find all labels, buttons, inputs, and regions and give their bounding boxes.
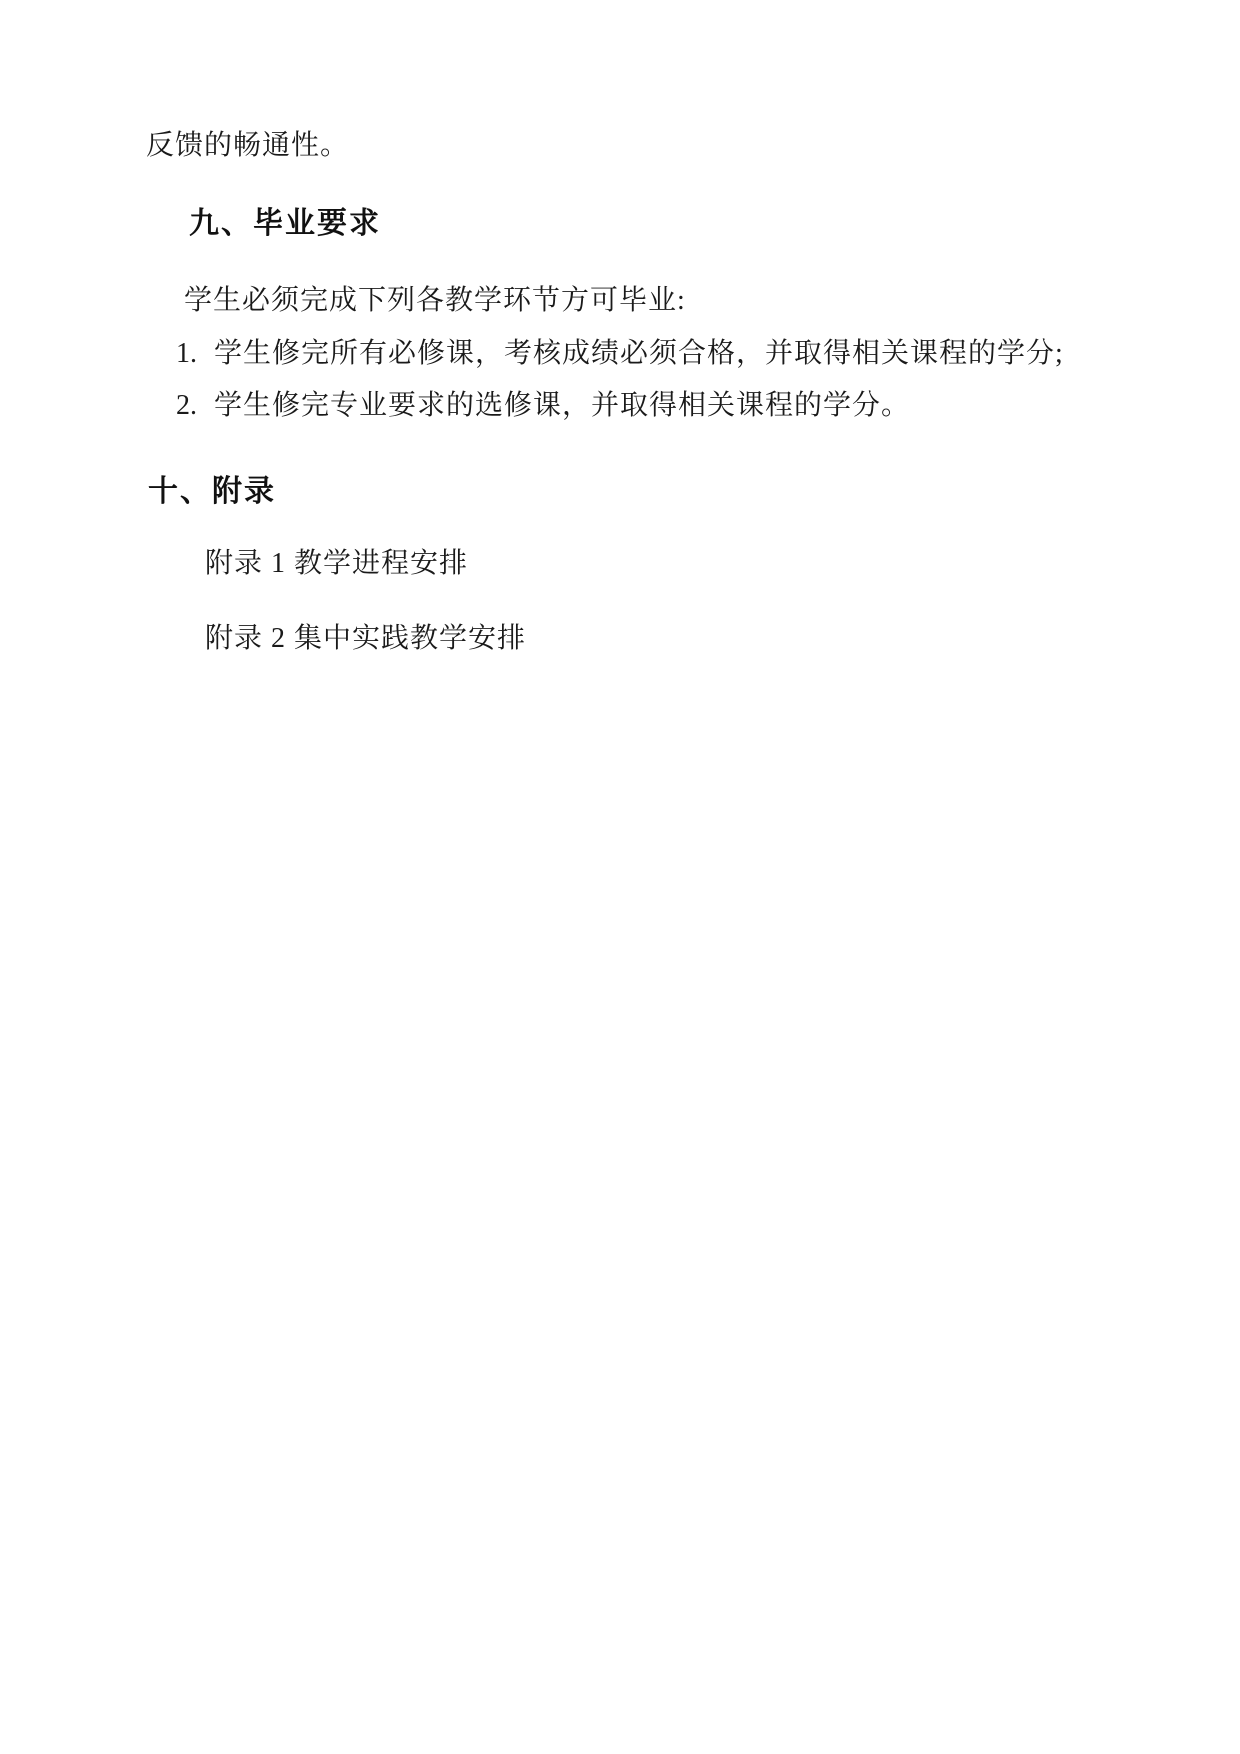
list-item: 1.学生修完所有必修课，考核成绩必须合格，并取得相关课程的学分; xyxy=(176,336,1064,371)
document-page: 反馈的畅通性。 九、毕业要求 学生必须完成下列各教学环节方可毕业: 1.学生修完… xyxy=(0,0,1240,1754)
appendix-title: 教学进程安排 xyxy=(294,548,468,579)
appendix-entry: 附录 1 教学进程安排 xyxy=(205,546,468,581)
section-heading-appendix: 十、附录 xyxy=(148,466,276,510)
list-item-text: 学生修完所有必修课，考核成绩必须合格，并取得相关课程的学分; xyxy=(214,338,1064,369)
graduation-requirements-intro: 学生必须完成下列各教学环节方可毕业: xyxy=(184,283,686,318)
list-item: 2.学生修完专业要求的选修课，并取得相关课程的学分。 xyxy=(176,388,910,423)
list-item-text: 学生修完专业要求的选修课，并取得相关课程的学分。 xyxy=(214,390,910,421)
list-item-number: 1. xyxy=(176,336,214,371)
appendix-title: 集中实践教学安排 xyxy=(294,623,526,654)
appendix-entry: 附录 2 集中实践教学安排 xyxy=(205,621,526,656)
appendix-label: 附录 2 xyxy=(205,623,286,654)
list-item-number: 2. xyxy=(176,388,214,423)
appendix-label: 附录 1 xyxy=(205,548,286,579)
paragraph-continuation: 反馈的畅通性。 xyxy=(146,128,349,163)
section-heading-graduation-requirements: 九、毕业要求 xyxy=(189,198,381,242)
